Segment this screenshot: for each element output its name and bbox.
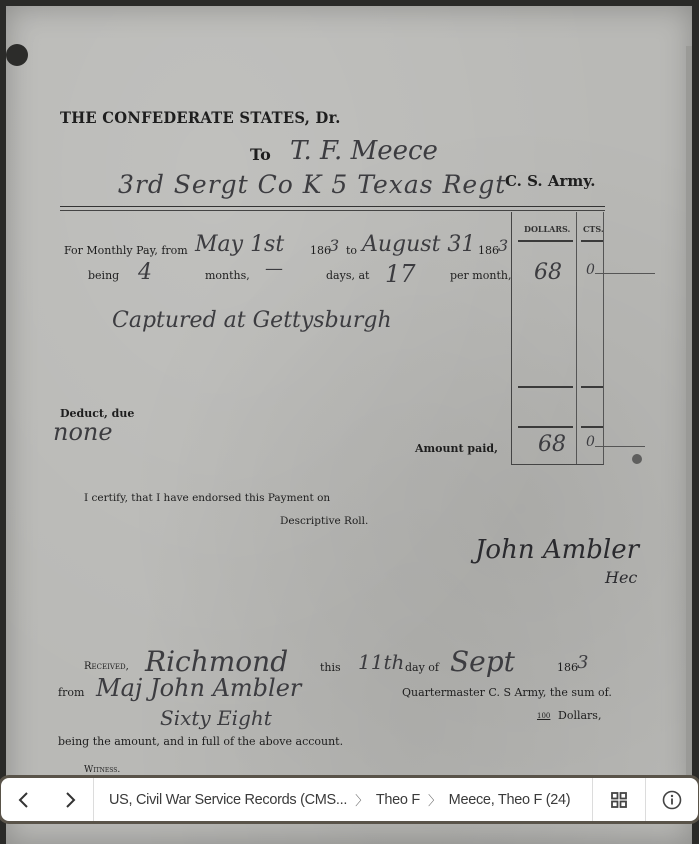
being-amount-text: being the amount, and in full of the abo… xyxy=(58,735,343,748)
months-label: months, xyxy=(205,269,250,282)
grid-icon xyxy=(611,792,627,808)
year-prefix-2: 186 xyxy=(478,244,499,257)
signature-title: Hec xyxy=(605,568,637,587)
table-rule xyxy=(518,426,573,428)
months-value: 4 xyxy=(138,260,152,285)
from-label: from xyxy=(58,686,84,699)
breadcrumb-separator-icon: 〉 xyxy=(428,790,441,809)
table-rule xyxy=(581,426,603,428)
to-label: To xyxy=(250,145,271,164)
to-label-2: to xyxy=(346,244,357,257)
breadcrumb: US, Civil War Service Records (CMS... 〉 … xyxy=(94,790,592,809)
breadcrumb-separator-icon: 〉 xyxy=(355,790,368,809)
year-prefix-3: 186 xyxy=(557,661,578,674)
chevron-right-icon xyxy=(63,791,77,809)
amount-paid-label: Amount paid, xyxy=(415,442,498,455)
table-rule xyxy=(581,386,603,388)
fraction-label: 100 xyxy=(537,712,550,720)
info-button[interactable] xyxy=(646,778,698,821)
ink-blot xyxy=(6,44,28,66)
info-icon xyxy=(662,790,682,810)
this-label: this xyxy=(320,661,341,674)
next-image-button[interactable] xyxy=(47,778,93,821)
rate-value: 17 xyxy=(385,260,416,288)
column-divider xyxy=(576,212,577,464)
year-digit-2: 3 xyxy=(498,236,508,255)
cents-header: CTS. xyxy=(583,224,604,234)
remark: Captured at Gettysburgh xyxy=(112,308,392,333)
day-of-label: day of xyxy=(405,661,439,674)
sum-words: Sixty Eight xyxy=(160,706,272,730)
days-at-label: days, at xyxy=(326,269,369,282)
cents-stroke xyxy=(595,446,645,447)
amount-paid-dollars: 68 xyxy=(538,432,566,457)
pay-to-date: August 31 xyxy=(362,232,475,257)
viewer-toolbar: US, Civil War Service Records (CMS... 〉 … xyxy=(1,778,698,821)
certify-line-2: Descriptive Roll. xyxy=(280,515,368,527)
header-rule xyxy=(60,206,605,211)
dollars-header: DOLLARS. xyxy=(524,224,570,234)
month-value: Sept xyxy=(450,645,515,678)
rank-unit: 3rd Sergt Co K 5 Texas Regt xyxy=(118,170,506,199)
certify-line-1: I certify, that I have endorsed this Pay… xyxy=(84,492,330,504)
year-digit-3: 3 xyxy=(577,652,588,673)
cents-stroke xyxy=(595,273,655,274)
breadcrumb-record[interactable]: Meece, Theo F (24) xyxy=(449,792,571,808)
received-label: Received, xyxy=(84,661,129,672)
army-label: C. S. Army. xyxy=(505,172,596,190)
pay-cents: 0 xyxy=(586,262,595,278)
chevron-left-icon xyxy=(17,791,31,809)
dollars-label: Dollars, xyxy=(558,709,601,722)
paper-edge xyxy=(686,46,692,786)
deduct-value: none xyxy=(53,418,113,446)
days-value: — xyxy=(265,258,283,279)
breadcrumb-collection[interactable]: US, Civil War Service Records (CMS... xyxy=(109,792,347,808)
breadcrumb-name[interactable]: Theo F xyxy=(376,792,420,808)
document-viewer: THE CONFEDERATE STATES, Dr. To T. F. Mee… xyxy=(0,0,699,844)
day-value: 11th xyxy=(358,650,404,674)
table-rule xyxy=(518,240,573,242)
payee-name: T. F. Meece xyxy=(290,136,438,166)
grid-view-button[interactable] xyxy=(593,778,645,821)
per-month-label: per month, xyxy=(450,269,511,282)
pay-dollars: 68 xyxy=(534,260,562,285)
previous-image-button[interactable] xyxy=(1,778,47,821)
from-person: Maj John Ambler xyxy=(96,674,301,702)
year-prefix-1: 186 xyxy=(310,244,331,257)
signature: John Ambler xyxy=(475,535,639,565)
amount-paid-cents: 0 xyxy=(586,434,595,450)
table-rule xyxy=(581,240,603,242)
document-title: THE CONFEDERATE STATES, Dr. xyxy=(60,108,341,127)
pay-from-date: May 1st xyxy=(195,232,284,257)
quartermaster-label: Quartermaster C. S Army, the sum of. xyxy=(402,686,612,699)
being-label: being xyxy=(88,269,119,282)
year-digit-1: 3 xyxy=(329,236,339,255)
pay-from-label: For Monthly Pay, from xyxy=(64,244,188,257)
witness-label: Witness. xyxy=(84,765,120,775)
ink-spot xyxy=(632,454,642,464)
table-rule xyxy=(518,386,573,388)
